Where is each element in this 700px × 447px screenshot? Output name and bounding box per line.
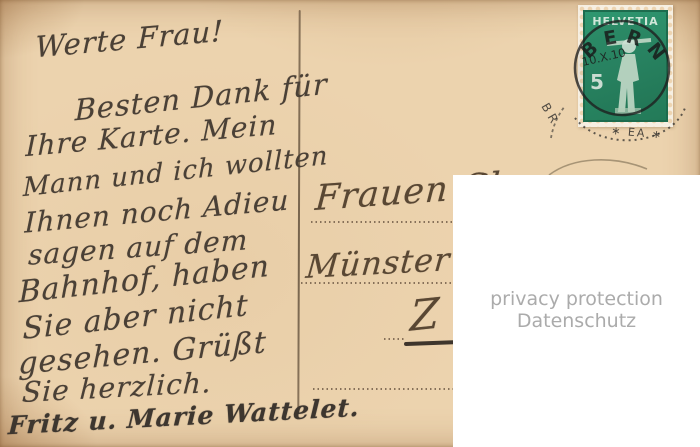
handwriting-fragment bbox=[545, 155, 655, 177]
message-line: Werte Frau! bbox=[35, 14, 224, 65]
address-town-initial: Z bbox=[409, 288, 441, 341]
postcard-scan: Werte Frau! Besten Dank für Ihre Karte. … bbox=[0, 0, 700, 447]
address-street: Münster bbox=[304, 240, 452, 286]
privacy-text-de: Datenschutz bbox=[517, 311, 636, 333]
address-dotted-fragment bbox=[384, 338, 406, 340]
privacy-overlay: privacy protection Datenschutz bbox=[453, 175, 700, 447]
postmark: BERN 10.X.10 ∗ EA ∗ BR bbox=[525, 0, 700, 158]
privacy-text-en: privacy protection bbox=[490, 289, 663, 311]
